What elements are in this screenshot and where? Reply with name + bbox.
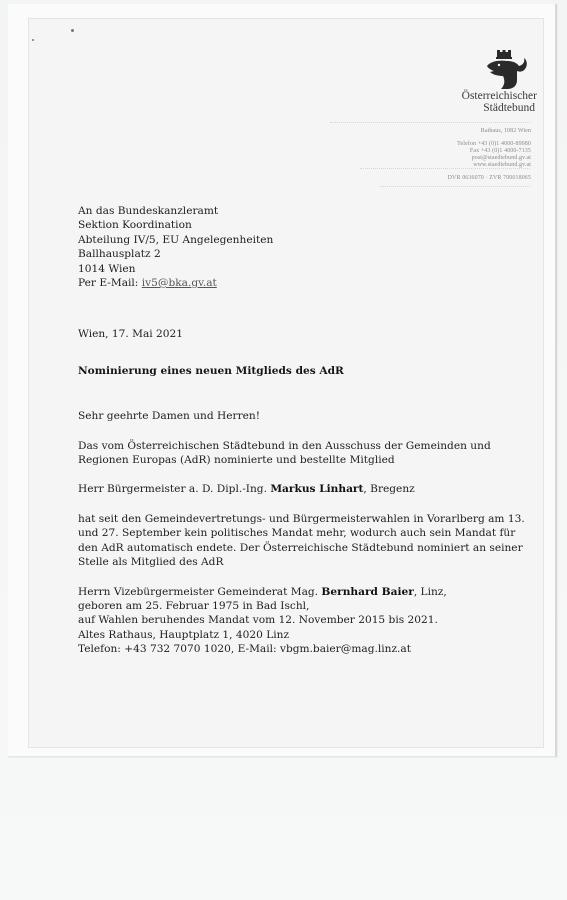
paragraph-line: Das vom Österreichischen Städtebund in d…	[78, 439, 498, 453]
lion-crown-icon	[483, 50, 531, 90]
letter-subject: Nominierung eines neuen Mitglieds des Ad…	[78, 364, 498, 378]
org-name-line2: Städtebund	[447, 102, 537, 114]
contact-email: post@staedtebund.gv.at	[448, 155, 531, 162]
new-member-contact: Telefon: +43 732 7070 1020, E-Mail: vbgm…	[78, 642, 498, 656]
recipient-line: Ballhausplatz 2	[78, 247, 498, 261]
letterhead-contact: Rathaus, 1082 Wien Telefon +43 (0)1 4000…	[448, 128, 531, 182]
paragraph-line: hat seit den Gemeindevertretungs- und Bü…	[78, 512, 498, 526]
new-member-birth: geboren am 25. Februar 1975 in Bad Ischl…	[78, 599, 498, 613]
scan-speck	[32, 39, 34, 41]
former-member-suffix: , Bregenz	[363, 483, 414, 495]
org-name: Österreichischer Städtebund	[447, 90, 537, 114]
paragraph-line: und 27. September kein politisches Manda…	[78, 526, 498, 540]
new-member-email[interactable]: vbgm.baier@mag.linz.at	[280, 643, 411, 655]
paragraph-line: den AdR automatisch endete. Der Österrei…	[78, 541, 498, 555]
contact-phone: Telefon +43 (0)1 4000-89980	[448, 141, 531, 148]
recipient-block: An das Bundeskanzleramt Sektion Koordina…	[78, 204, 498, 290]
new-member-mandate: auf Wahlen beruhendes Mandat vom 12. Nov…	[78, 613, 498, 627]
letter-body: An das Bundeskanzleramt Sektion Koordina…	[78, 204, 498, 657]
paragraph-intro: Das vom Österreichischen Städtebund in d…	[78, 439, 498, 468]
divider	[330, 122, 530, 123]
paragraph-explanation: hat seit den Gemeindevertretungs- und Bü…	[78, 512, 498, 570]
paragraph-line: Stelle als Mitglied des AdR	[78, 555, 498, 569]
divider	[380, 186, 530, 187]
former-member-prefix: Herr Bürgermeister a. D. Dipl.-Ing.	[78, 483, 267, 495]
new-member-prefix: Herrn Vizebürgermeister Gemeinderat Mag.	[78, 586, 318, 598]
scan-speck	[71, 29, 74, 32]
former-member-name: Markus Linhart	[270, 483, 363, 495]
contact-fax: Fax +43 (0)1 4000-7135	[448, 148, 531, 155]
new-member-line: Herrn Vizebürgermeister Gemeinderat Mag.…	[78, 585, 498, 599]
new-member-block: Herrn Vizebürgermeister Gemeinderat Mag.…	[78, 585, 498, 657]
letterhead-logo: Österreichischer Städtebund	[447, 50, 537, 114]
new-member-suffix: , Linz,	[414, 586, 447, 598]
recipient-line: Sektion Koordination	[78, 218, 498, 232]
recipient-email-link[interactable]: iv5@bka.gv.at	[142, 277, 217, 289]
divider	[360, 168, 530, 169]
recipient-line: 1014 Wien	[78, 262, 498, 276]
recipient-email-line: Per E-Mail: iv5@bka.gv.at	[78, 276, 498, 290]
new-member-address: Altes Rathaus, Hauptplatz 1, 4020 Linz	[78, 628, 498, 642]
contact-registration: DVR 0636070 · ZVR 700018065	[448, 175, 531, 182]
letter-date: Wien, 17. Mai 2021	[78, 327, 498, 341]
recipient-line: Abteilung IV/5, EU Angelegenheiten	[78, 233, 498, 247]
new-member-name: Bernhard Baier	[321, 586, 413, 598]
salutation: Sehr geehrte Damen und Herren!	[78, 409, 498, 423]
former-member: Herr Bürgermeister a. D. Dipl.-Ing. Mark…	[78, 482, 498, 496]
new-member-contact-prefix: Telefon: +43 732 7070 1020, E-Mail:	[78, 643, 277, 655]
email-label: Per E-Mail:	[78, 277, 138, 289]
contact-address: Rathaus, 1082 Wien	[448, 128, 531, 135]
paragraph-line: Regionen Europas (AdR) nominierte und be…	[78, 453, 498, 467]
org-name-line1: Österreichischer	[462, 90, 537, 102]
recipient-line: An das Bundeskanzleramt	[78, 204, 498, 218]
